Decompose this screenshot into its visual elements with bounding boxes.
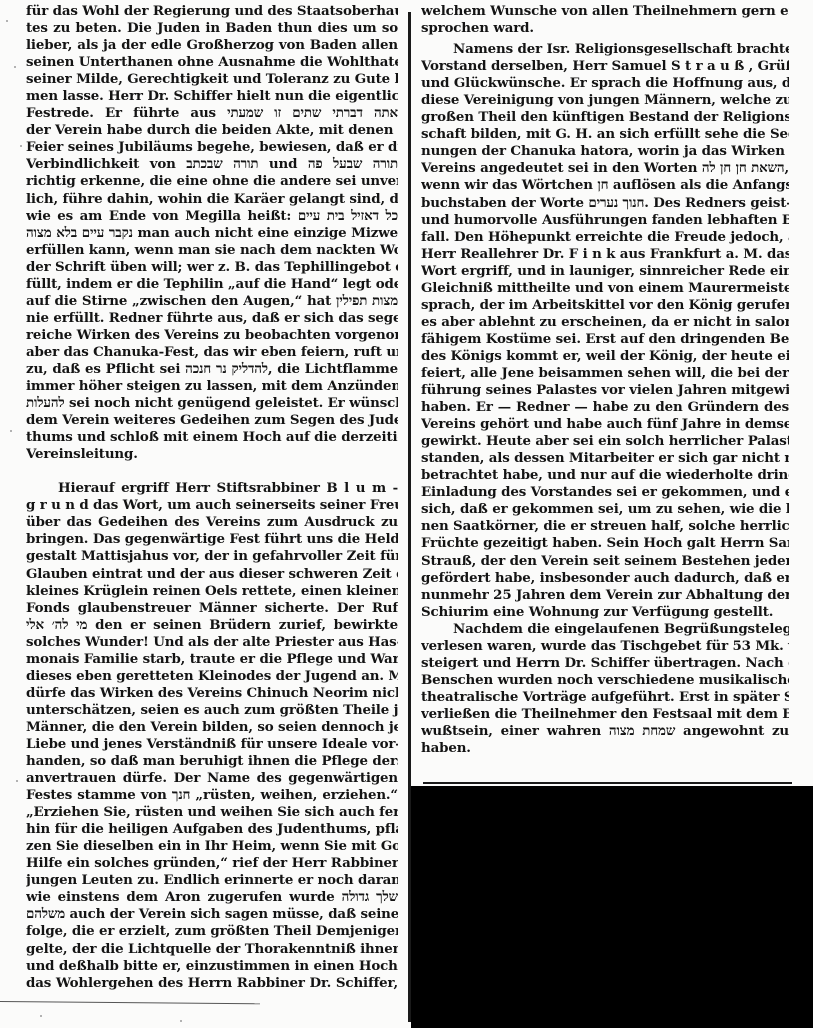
text-line: führung seines Palastes vor vielen Jahre… xyxy=(421,382,789,399)
text-line: Männer, die den Verein bilden, so seien … xyxy=(26,719,398,736)
text-line: monais Familie starb, traute er die Pfle… xyxy=(26,651,398,668)
text-line: bringen. Das gegenwärtige Fest führt uns… xyxy=(26,531,398,548)
text-line: נקבר עיים בלא מצוה man auch nicht eine e… xyxy=(26,225,398,242)
paragraph-start-line: Nachdem die eingelaufenen Begrüßungstele… xyxy=(421,621,789,638)
text-line: verließen die Theilnehmer den Festsaal m… xyxy=(421,706,789,723)
text-line: wenn wir das Wörtchen חן auflösen als di… xyxy=(421,177,789,194)
text-line: fall. Den Höhepunkt erreichte die Freude… xyxy=(421,229,789,246)
text-line: gefördert habe, insbesonder auch dadurch… xyxy=(421,570,789,587)
text-line: seinen Unterthanen ohne Ausnahme die Woh… xyxy=(26,54,398,71)
text-line: seiner Milde, Gerechtigkeit und Toleranz… xyxy=(26,71,398,88)
text-line: zen Sie dieselben ein in Ihr Heim, wenn … xyxy=(26,838,398,855)
text-line: dürfe das Wirken des Vereins Chinuch Neo… xyxy=(26,685,398,702)
text-line: des Königs kommt er, weil der König, der… xyxy=(421,348,789,365)
scan-speck xyxy=(40,1015,42,1017)
text-line: Liebe und jenes Verständniß für unsere I… xyxy=(26,736,398,753)
text-line: nie erfüllt. Redner führte aus, daß er s… xyxy=(26,310,398,327)
text-line: nen Saatkörner, die er streuen half, sol… xyxy=(421,518,789,535)
text-line: jungen Leuten zu. Endlich erinnerte er n… xyxy=(26,872,398,889)
scan-edge-line xyxy=(0,1001,260,1004)
text-line: Schiurim eine Wohnung zur Verfügung gest… xyxy=(421,604,789,621)
text-line: Hilfe ein solches gründen,“ rief der Her… xyxy=(26,855,398,872)
text-line: nungen der Chanuka hatora, worin ja das … xyxy=(421,143,789,160)
text-line: Wort ergriff, und in launiger, sinnreich… xyxy=(421,263,789,280)
text-line: anvertrauen dürfe. Der Name des gegenwär… xyxy=(26,770,398,787)
text-line: sich, daß er gekommen sei, um zu sehen, … xyxy=(421,501,789,518)
text-line: Benschen wurden noch verschiedene musika… xyxy=(421,672,789,689)
text-line: Vereins gehört und habe auch fünf Jahre … xyxy=(421,416,789,433)
text-line: Herr Reallehrer Dr. F i n k aus Frankfur… xyxy=(421,246,789,263)
text-line: men lasse. Herr Dr. Schiffer hielt nun d… xyxy=(26,88,398,105)
text-line: Festes stamme von חנך „rüsten, weihen, e… xyxy=(26,787,398,804)
text-line: Vorstand derselben, Herr Samuel S t r a … xyxy=(421,58,789,75)
paragraph-start-line: Hierauf ergriff Herr Stiftsrabbiner B l … xyxy=(26,480,398,497)
text-line: hin für die heiligen Aufgaben des Judent… xyxy=(26,821,398,838)
text-line: und Glückwünsche. Er sprach die Hoffnung… xyxy=(421,75,789,92)
text-line: welchem Wunsche von allen Theilnehmern g… xyxy=(421,3,789,20)
text-line: und humorvolle Ausführungen fanden lebha… xyxy=(421,212,789,229)
text-line: dem Verein weiteres Gedeihen zum Segen d… xyxy=(26,412,398,429)
scan-speck xyxy=(14,66,16,68)
text-line: haben. xyxy=(421,740,789,757)
text-line: auf die Stirne „zwischen den Augen,“ hat… xyxy=(26,293,398,310)
text-line: „Erziehen Sie, rüsten und weihen Sie sic… xyxy=(26,804,398,821)
text-line: Fonds glaubenstreuer Männer sicherte. De… xyxy=(26,600,398,617)
text-line: haben. Er — Redner — habe zu den Gründer… xyxy=(421,399,789,416)
scan-speck xyxy=(16,780,18,782)
text-line: משלהם auch der Verein sich sagen müsse, … xyxy=(26,906,398,923)
text-line: buchstaben der Worte חנוך נערים. Des Red… xyxy=(421,195,789,212)
text-line: der Verein habe durch die beiden Akte, m… xyxy=(26,122,398,139)
text-line: großen Theil den künftigen Bestand der R… xyxy=(421,109,789,126)
redaction-block xyxy=(411,786,813,1028)
text-line: theatralische Vorträge aufgeführt. Erst … xyxy=(421,689,789,706)
text-line: erfüllen kann, wenn man sie nach dem nac… xyxy=(26,242,398,259)
text-line: diese Vereinigung von jungen Männern, we… xyxy=(421,92,789,109)
text-line: fähigem Kostüme sei. Erst auf den dringe… xyxy=(421,331,789,348)
text-line: מי לה׳ אלי den er seinen Brüdern zurief,… xyxy=(26,617,398,634)
newspaper-page: für das Wohl der Regierung und des Staat… xyxy=(0,0,813,1028)
text-line: aber das Chanuka-Fest, das wir eben feie… xyxy=(26,344,398,361)
text-line: immer höher steigen zu lassen, mit dem A… xyxy=(26,378,398,395)
text-line: wie es am Ende von Megilla heißt: כל דאז… xyxy=(26,208,398,225)
text-line: steigert und Herrn Dr. Schiffer übertrag… xyxy=(421,655,789,672)
text-line: lieber, als ja der edle Großherzog von B… xyxy=(26,37,398,54)
text-line: tes zu beten. Die Juden in Baden thun di… xyxy=(26,20,398,37)
scan-speck xyxy=(180,1020,182,1022)
scan-speck xyxy=(10,430,12,432)
text-line: der Schrift üben will; wer z. B. das Tep… xyxy=(26,259,398,276)
text-line: Festrede. Er führte aus אתה דברתי שתים ז… xyxy=(26,105,398,122)
text-line: folge, die er erzielt, zum größten Theil… xyxy=(26,923,398,940)
text-line: standen, als dessen Mitarbeiter er sich … xyxy=(421,450,789,467)
text-line: Einladung des Vorstandes sei er gekommen… xyxy=(421,484,789,501)
text-line: verlesen waren, wurde das Tischgebet für… xyxy=(421,638,789,655)
text-line: für das Wohl der Regierung und des Staat… xyxy=(26,3,398,20)
text-line: sprochen ward. xyxy=(421,20,789,37)
text-line: unterschätzen, seien es auch zum größten… xyxy=(26,702,398,719)
text-line: schaft bilden, mit G. H. an sich erfüllt… xyxy=(421,126,789,143)
text-line: Vereinsleitung. xyxy=(26,446,398,463)
text-line: sprach, der im Arbeitskittel vor den Kön… xyxy=(421,297,789,314)
text-line: feiert, alle Jene beisammen sehen will, … xyxy=(421,365,789,382)
scan-speck xyxy=(20,145,22,147)
text-line: dieses eben geretteten Kleinodes der Jug… xyxy=(26,668,398,685)
text-line: nunmehr 25 Jahren dem Verein zur Abhaltu… xyxy=(421,587,789,604)
text-line: thums und schloß mit einem Hoch auf die … xyxy=(26,429,398,446)
text-line: gewirkt. Heute aber sei ein solch herrli… xyxy=(421,433,789,450)
article-end-rule xyxy=(423,782,792,784)
text-line: zu, daß es Pflicht sei להדליק נר חנכה, d… xyxy=(26,361,398,378)
text-line: wußtsein, einer wahren שמחת מצוה angewoh… xyxy=(421,723,789,740)
text-line: g r u n d das Wort, um auch seinerseits … xyxy=(26,497,398,514)
text-line: es aber ablehnt zu erscheinen, da er nic… xyxy=(421,314,789,331)
text-line: und deßhalb bitte er, einzustimmen in ei… xyxy=(26,958,398,975)
text-line: richtig erkenne, die eine ohne die ander… xyxy=(26,173,398,190)
text-line: Früchte gezeitigt haben. Sein Hoch galt … xyxy=(421,535,789,552)
text-line: Gleichniß mittheilte und von einem Maure… xyxy=(421,280,789,297)
text-line: Vereins angedeutet sei in den Worten השא… xyxy=(421,160,789,177)
text-line: gestalt Mattisjahus vor, der in gefahrvo… xyxy=(26,548,398,565)
text-line: solches Wunder! Und als der alte Prieste… xyxy=(26,634,398,651)
right-column: welchem Wunsche von allen Theilnehmern g… xyxy=(421,3,789,757)
text-line: betrachtet habe, und nur auf die wiederh… xyxy=(421,467,789,484)
paragraph-gap xyxy=(26,463,398,480)
text-line: kleines Krüglein reinen Oels rettete, ei… xyxy=(26,583,398,600)
left-column: für das Wohl der Regierung und des Staat… xyxy=(26,3,398,992)
text-line: das Wohlergehen des Herrn Rabbiner Dr. S… xyxy=(26,975,398,992)
scan-speck xyxy=(6,20,8,22)
paragraph-start-line: Namens der Isr. Religionsgesellschaft br… xyxy=(421,41,789,58)
text-line: über das Gedeihen des Vereins zum Ausdru… xyxy=(26,514,398,531)
text-line: להעלות sei noch nicht genügend geleistet… xyxy=(26,395,398,412)
text-line: füllt, indem er die Tephilin „auf die Ha… xyxy=(26,276,398,293)
text-line: handen, so daß man beruhigt ihnen die Pf… xyxy=(26,753,398,770)
text-line: wie einstens dem Aron zugerufen wurde של… xyxy=(26,889,398,906)
text-line: gelte, der die Lichtquelle der Thorakenn… xyxy=(26,941,398,958)
text-line: Strauß, der den Verein seit seinem Beste… xyxy=(421,553,789,570)
text-line: Glauben eintrat und der aus dieser schwe… xyxy=(26,566,398,583)
text-line: Feier seines Jubiläums begehe, bewiesen,… xyxy=(26,139,398,156)
text-line: reiche Wirken des Vereins zu beobachten … xyxy=(26,327,398,344)
text-line: lich, führe dahin, wohin die Karäer gela… xyxy=(26,191,398,208)
text-line: Verbindlichkeit von תורה שבכתב und תורה … xyxy=(26,156,398,173)
